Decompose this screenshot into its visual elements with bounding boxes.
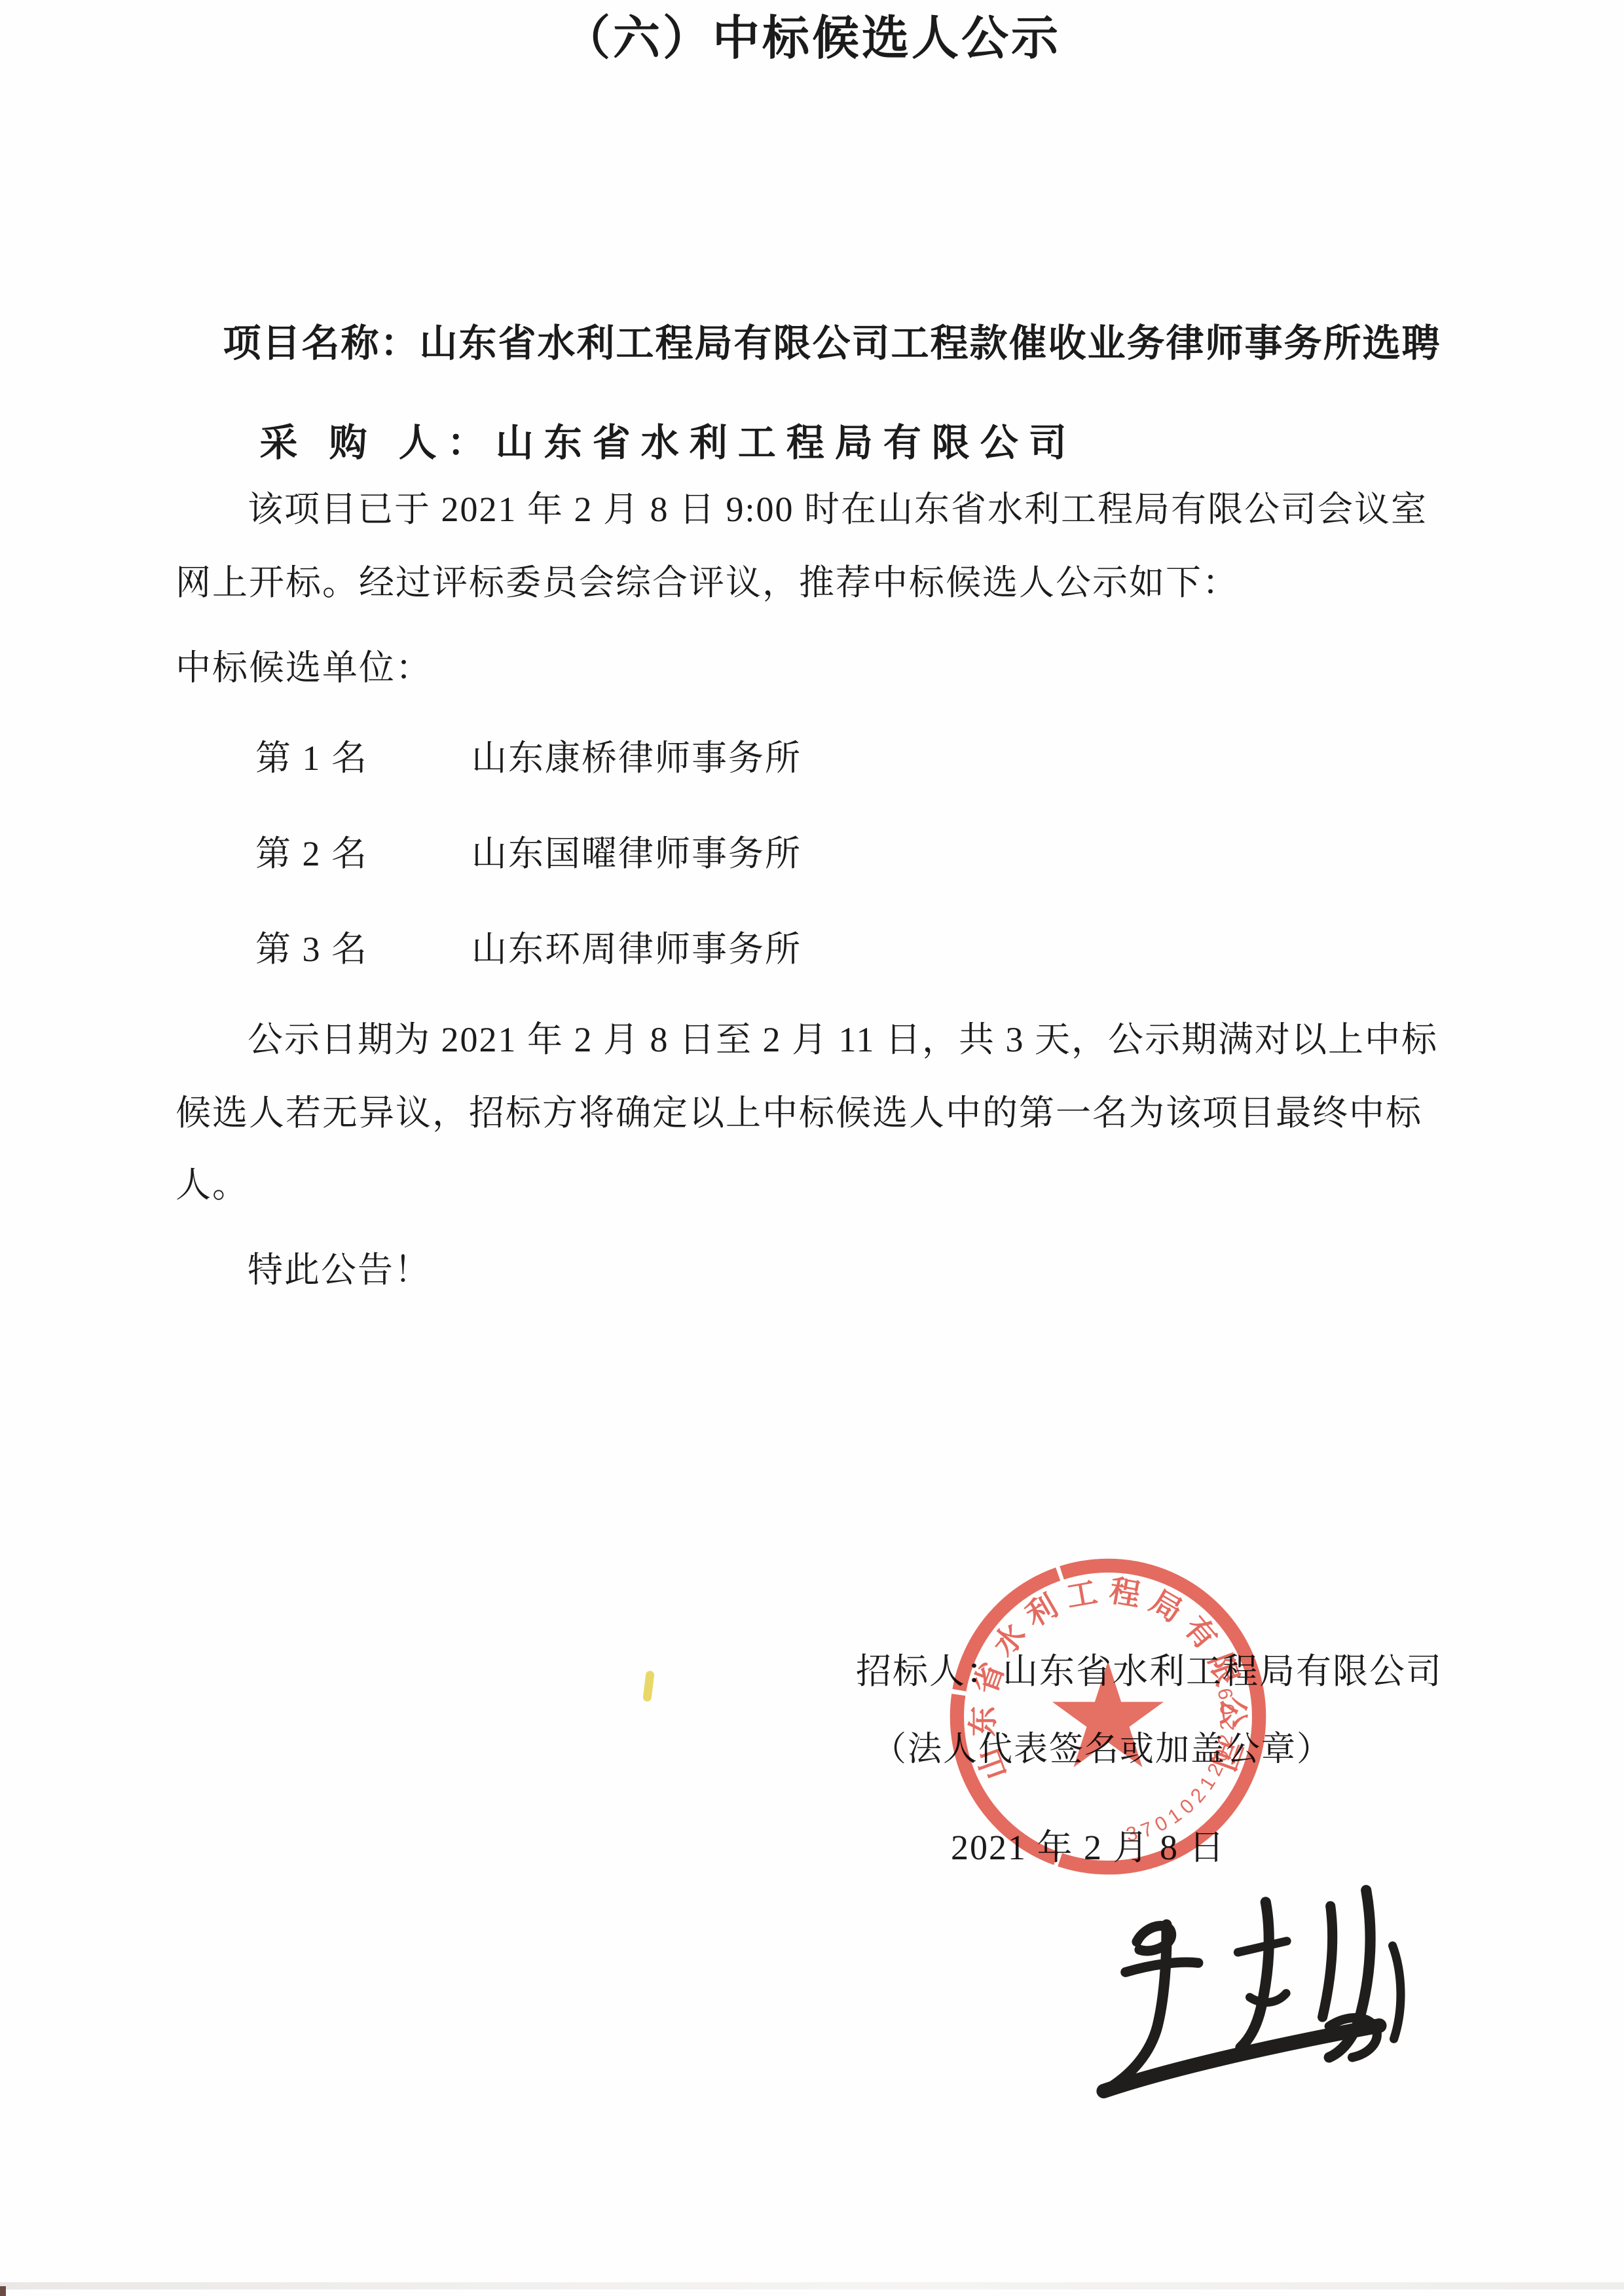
closing-statement: 特此公告！	[248, 1249, 431, 1292]
project-name-label: 项目名称：	[223, 322, 419, 365]
candidate-2-name: 山东国曜律师事务所	[471, 833, 802, 875]
official-seal: 山东省水利工程局有限公司 3701021202209	[942, 1550, 1274, 1883]
scan-corner-artifact	[0, 2286, 6, 2296]
yellow-ink-smudge	[642, 1670, 655, 1702]
candidate-1-rank: 第 1 名	[255, 737, 471, 780]
handwritten-signature	[1067, 1867, 1424, 2100]
scan-edge-artifact	[0, 2282, 1624, 2289]
candidate-row-1: 第 1 名 山东康桥律师事务所	[255, 737, 802, 780]
candidate-3-rank: 第 3 名	[255, 928, 471, 971]
candidate-row-2: 第 2 名 山东国曜律师事务所	[255, 833, 802, 875]
candidate-1-name: 山东康桥律师事务所	[471, 737, 802, 780]
publicity-paragraph-line3: 人。	[175, 1164, 249, 1207]
opening-paragraph-line2: 网上开标。经过评标委员会综合评议，推荐中标候选人公示如下：	[175, 562, 1239, 604]
opening-paragraph-line1: 该项目已于 2021 年 2 月 8 日 9:00 时在山东省水利工程局有限公司…	[248, 488, 1428, 531]
candidate-2-rank: 第 2 名	[255, 833, 471, 875]
publicity-paragraph-line1: 公示日期为 2021 年 2 月 8 日至 2 月 11 日，共 3 天，公示期…	[248, 1019, 1438, 1061]
candidate-3-name: 山东环周律师事务所	[471, 928, 802, 971]
project-name-value: 山东省水利工程局有限公司工程款催收业务律师事务所选聘	[419, 322, 1441, 365]
candidates-heading: 中标候选单位：	[175, 647, 432, 689]
official-seal-graphic: 山东省水利工程局有限公司 3701021202209	[942, 1550, 1274, 1883]
seal-star-icon	[1052, 1662, 1164, 1768]
signature-strokes	[1067, 1867, 1424, 2100]
purchaser-label: 采 购 人：	[259, 422, 495, 464]
candidate-row-3: 第 3 名 山东环周律师事务所	[255, 928, 802, 971]
scanned-document-page: （六）中标候选人公示 项目名称：山东省水利工程局有限公司工程款催收业务律师事务所…	[0, 0, 1624, 2296]
purchaser-value: 山东省水利工程局有限公司	[496, 422, 1077, 464]
publicity-paragraph-line2: 候选人若无异议，招标方将确定以上中标候选人中的第一名为该项目最终中标	[175, 1092, 1422, 1135]
document-title: （六）中标候选人公示	[0, 0, 1624, 68]
